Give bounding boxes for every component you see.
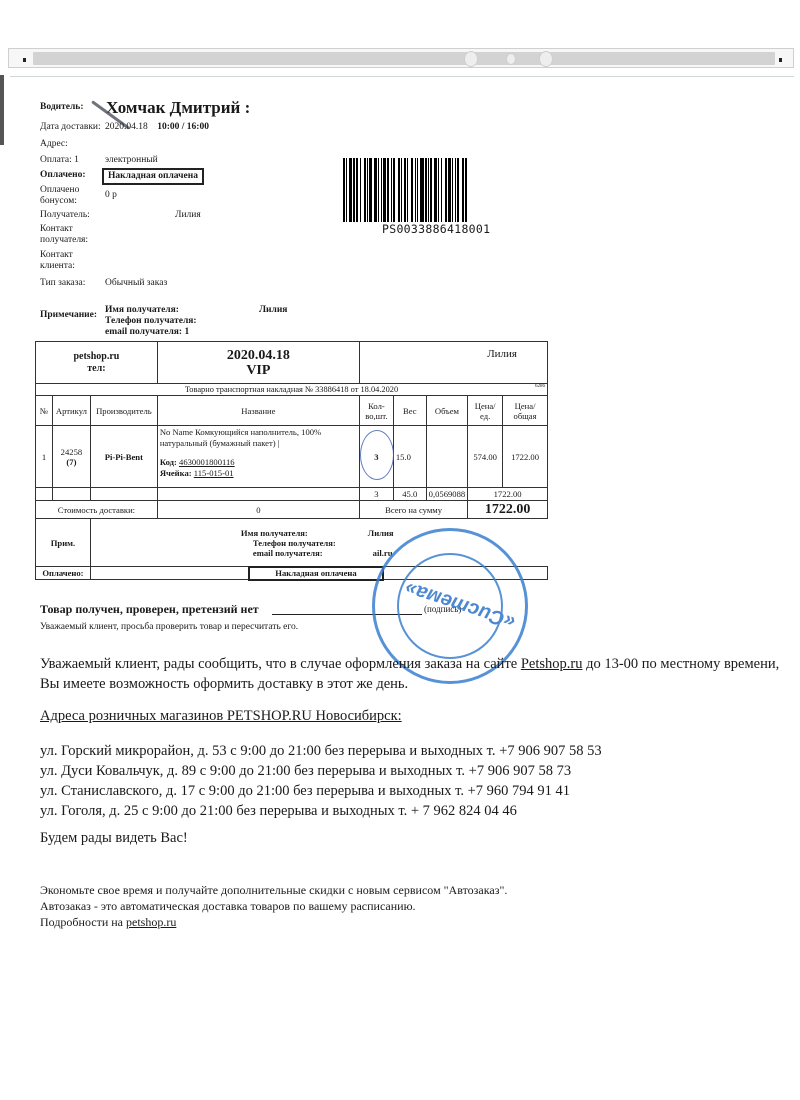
paid-status-box: Накладная оплачена xyxy=(102,168,204,185)
delivery-date: 2020.04.18 10:00 / 16:00 xyxy=(105,122,209,133)
product-name: No Name Комкующийся наполнитель, 100% на… xyxy=(160,427,357,448)
table-row: 1 24258 (7) Pi-Pi-Bent No Name Комкующий… xyxy=(36,426,548,488)
payment-label: Оплата: 1 xyxy=(40,155,105,166)
remark-name: Имя получателя:Лилия xyxy=(241,528,546,538)
autoorder-line-3: Подробности на petshop.ru xyxy=(40,914,176,930)
product-code: Код: 4630001800116 xyxy=(160,457,357,468)
paid-status: Накладная оплачена xyxy=(102,168,204,185)
pen-circle-mark xyxy=(360,430,394,480)
driver-label: Водитель: xyxy=(40,102,84,113)
row-unit-price: 574.00 xyxy=(468,426,503,488)
col-num: № xyxy=(36,396,53,426)
driver-name: Хомчак Дмитрий : xyxy=(106,98,250,118)
payment-row: Оплата: 1 электронный xyxy=(40,155,340,167)
totals-row: 3 45.0 0,0569088 1722.00 xyxy=(36,488,548,501)
recipient-row: Получатель: Лилия xyxy=(40,210,340,222)
col-total-price: Цена/ общая xyxy=(503,396,548,426)
note-block: Примечание: Имя получателя:Лилия Телефон… xyxy=(40,305,340,339)
waybill-date: 2020.04.18 xyxy=(160,348,357,363)
check-note: Уважаемый клиент, просьба проверить това… xyxy=(40,622,298,632)
bonus-value: 0 р xyxy=(105,190,117,201)
row-num: 1 xyxy=(36,426,53,488)
autoorder-line-2: Автозаказ - это автоматическая доставка … xyxy=(40,898,416,914)
remark-label: Прим. xyxy=(36,519,91,567)
column-headers: № Артикул Производитель Название Кол-во,… xyxy=(36,396,548,426)
autoorder-line-1: Экономьте свое время и получайте дополни… xyxy=(40,882,507,898)
receipt-statement: Товар получен, проверен, претензий нет xyxy=(40,602,259,617)
col-weight: Вес xyxy=(393,396,426,426)
recipient-name: Лилия xyxy=(175,210,201,221)
scanner-bar xyxy=(33,52,775,65)
note-label: Примечание: xyxy=(40,310,105,321)
total-weight: 45.0 xyxy=(393,488,426,501)
order-type-row: Тип заказа: Обычный заказ xyxy=(40,278,340,290)
col-name: Название xyxy=(157,396,359,426)
client-contact-label: Контактклиента: xyxy=(40,250,105,272)
date-cell: 2020.04.18 VIP xyxy=(157,342,359,384)
store-item: ул. Горский микрорайон, д. 53 с 9:00 до … xyxy=(40,741,790,761)
barcode-text: PS0033886418001 xyxy=(382,222,490,236)
barcode-bar xyxy=(467,158,469,222)
row-manufacturer: Pi-Pi-Bent xyxy=(90,426,157,488)
customer-cell: Лилия xyxy=(359,342,547,384)
store-item: ул. Гоголя, д. 25 с 9:00 до 21:00 без пе… xyxy=(40,801,790,821)
closing-line: Будем рады видеть Вас! xyxy=(40,828,790,848)
recipient-contact-row: Контактполучателя: xyxy=(40,224,340,246)
total-volume: 0,0569088 xyxy=(426,488,468,501)
col-qty: Кол-во,шт. xyxy=(359,396,393,426)
shop-cell: petshop.ru тел: xyxy=(36,342,158,384)
address-row: Адрес: xyxy=(40,139,340,151)
scan-line xyxy=(10,76,794,77)
row-weight: 15.0 xyxy=(393,426,426,488)
scanner-mark xyxy=(779,58,782,62)
store-item: ул. Станиславского, д. 17 с 9:00 до 21:0… xyxy=(40,781,790,801)
shop-phone-label: тел: xyxy=(38,363,155,375)
note-phone: Телефон получателя: xyxy=(105,316,197,327)
row-name: No Name Комкующийся наполнитель, 100% на… xyxy=(157,426,359,488)
recipient-contact-label: Контактполучателя: xyxy=(40,224,105,246)
scanner-mark xyxy=(23,58,26,62)
barcode xyxy=(343,158,543,222)
waybill-paid-label: Оплачено: xyxy=(36,567,91,580)
payment-method: электронный xyxy=(105,155,158,166)
product-cell: Ячейка: 115-015-01 xyxy=(160,468,357,479)
col-unit-price: Цена/ ед. xyxy=(468,396,503,426)
recipient-label: Получатель: xyxy=(40,210,105,221)
waybill-tier: VIP xyxy=(160,363,357,378)
total-sum: 1722.00 xyxy=(468,488,548,501)
same-day-notice: Уважаемый клиент, рады сообщить, что в с… xyxy=(40,654,790,694)
petshop-link[interactable]: Petshop.ru xyxy=(521,656,583,672)
scanner-knob xyxy=(539,51,553,67)
note-email: email получателя: 1 xyxy=(105,327,189,338)
bonus-row: Оплаченобонусом: 0 р xyxy=(40,185,340,207)
delivery-cost: 0 xyxy=(157,501,359,519)
paid-row: Оплачено: Накладная оплачена xyxy=(40,168,340,182)
order-type: Обычный заказ xyxy=(105,278,167,289)
client-contact-row: Контактклиента: xyxy=(40,250,340,272)
col-article: Артикул xyxy=(52,396,90,426)
scanner-strip xyxy=(8,48,794,68)
waybill-title: Товарно транспортная накладная № 3388641… xyxy=(185,385,398,394)
waybill-title-row: Товарно транспортная накладная № 3388641… xyxy=(36,384,548,396)
autoorder-link[interactable]: petshop.ru xyxy=(126,915,176,929)
delivery-cost-row: Стоимость доставки: 0 Всего на сумму 172… xyxy=(36,501,548,519)
scanner-knob xyxy=(464,51,478,67)
bonus-label: Оплаченобонусом: xyxy=(40,185,105,207)
grand-total: 1722.00 xyxy=(468,501,548,519)
waybill-title-cell: Товарно транспортная накладная № 3388641… xyxy=(36,384,548,396)
row-qty: 3 xyxy=(359,426,393,488)
scan-edge xyxy=(0,75,4,145)
waybill-corner-code: 6286 xyxy=(535,384,545,389)
note-name: Имя получателя:Лилия xyxy=(105,305,287,316)
delivery-date-label: Дата доставки: xyxy=(40,122,105,133)
order-type-label: Тип заказа: xyxy=(40,278,105,289)
waybill-header: petshop.ru тел: 2020.04.18 VIP Лилия xyxy=(36,342,548,384)
row-article: 24258 (7) xyxy=(52,426,90,488)
col-volume: Объем xyxy=(426,396,468,426)
total-qty: 3 xyxy=(359,488,393,501)
shop-name: petshop.ru xyxy=(38,351,155,363)
store-item: ул. Дуси Ковальчук, д. 89 с 9:00 до 21:0… xyxy=(40,761,790,781)
waybill-paid-status: Накладная оплачена xyxy=(248,566,384,581)
scanner-knob xyxy=(506,53,516,65)
stores-heading: Адреса розничных магазинов PETSHOP.RU Но… xyxy=(40,706,790,726)
grand-total-label: Всего на сумму xyxy=(359,501,467,519)
col-manufacturer: Производитель xyxy=(90,396,157,426)
delivery-date-row: Дата доставки: 2020.04.18 10:00 / 16:00 xyxy=(40,122,340,134)
row-total-price: 1722.00 xyxy=(503,426,548,488)
paid-label: Оплачено: xyxy=(40,170,105,181)
address-label: Адрес: xyxy=(40,139,105,150)
delivery-cost-label: Стоимость доставки: xyxy=(36,501,158,519)
row-volume xyxy=(426,426,468,488)
time-window: 10:00 / 16:00 xyxy=(157,122,209,132)
